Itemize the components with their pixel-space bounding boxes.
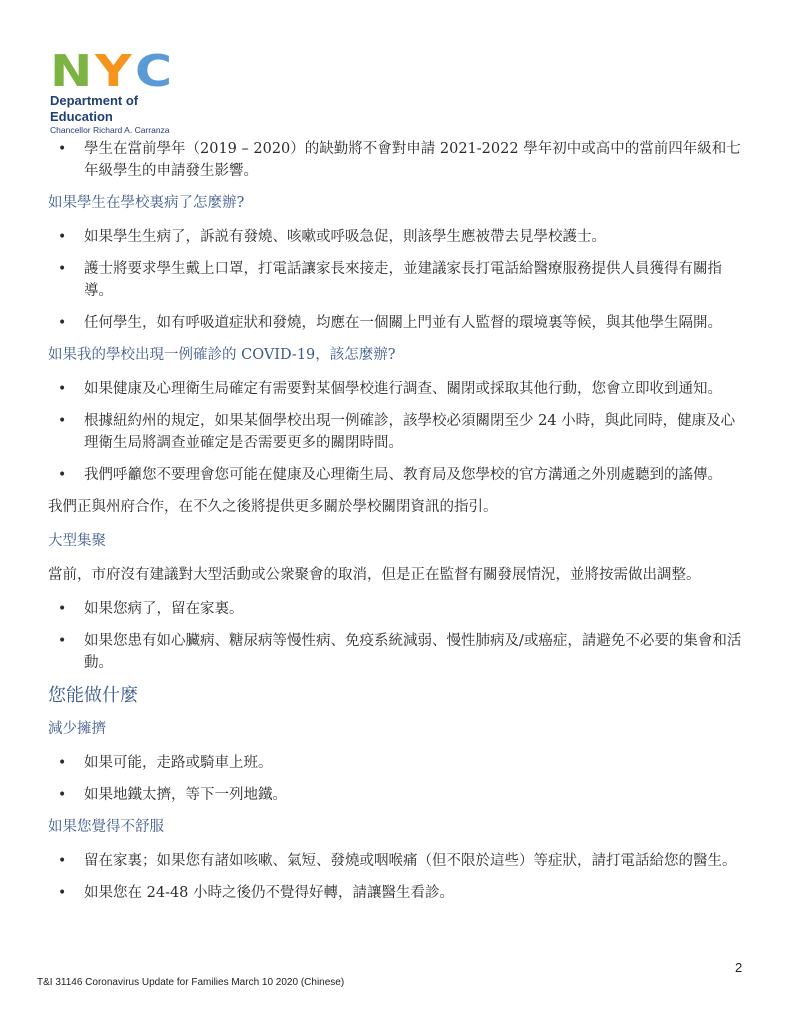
- paragraph: 我們正與州府合作，在不久之後將提供更多關於學校關閉資訊的指引。: [48, 496, 748, 518]
- logo-dept-line2: Education: [50, 110, 250, 124]
- logo-letter-c: C: [135, 52, 170, 92]
- section-heading-sick-at-school: 如果學生在學校裏病了怎麼辦?: [48, 192, 748, 214]
- list-item: 學生在當前學年（2019 – 2020）的缺勤將不會對申請 2021-2022 …: [48, 138, 748, 182]
- list-item: 根據紐約州的規定，如果某個學校出現一例確診，該學校必須關閉至少 24 小時，與此…: [48, 410, 748, 454]
- logo-letter-y: Y: [95, 52, 129, 92]
- list-item: 如果您病了，留在家裏。: [48, 598, 748, 620]
- list-item: 任何學生，如有呼吸道症狀和發燒，均應在一個關上門並有人監督的環境裏等候，與其他學…: [48, 312, 748, 334]
- section-heading-what-you-can-do: 您能做什麼: [48, 684, 748, 708]
- logo-letter-n: N: [50, 52, 90, 92]
- list-item: 如果可能，走路或騎車上班。: [48, 752, 748, 774]
- list-item: 如果健康及心理衛生局確定有需要對某個學校進行調查、關閉或採取其他行動，您會立即收…: [48, 378, 748, 400]
- footer-doc-id: T&I 31146 Coronavirus Update for Familie…: [37, 977, 344, 988]
- nyc-doe-logo: N Y C Department of Education Chancellor…: [50, 52, 250, 135]
- list-item: 留在家裏；如果您有諸如咳嗽、氣短、發燒或咽喉痛（但不限於這些）等症狀，請打電話給…: [48, 850, 748, 872]
- list-item: 如果您在 24-48 小時之後仍不覺得好轉，請讓醫生看診。: [48, 882, 748, 904]
- section-heading-large-gatherings: 大型集聚: [48, 530, 748, 552]
- subheading-feeling-unwell: 如果您覺得不舒服: [48, 816, 748, 838]
- subheading-reduce-crowding: 減少擁擠: [48, 718, 748, 740]
- paragraph: 當前，市府沒有建議對大型活動或公衆聚會的取消，但是正在監督有關發展情況，並將按需…: [48, 564, 748, 586]
- list-item: 護士將要求學生戴上口罩，打電話讓家長來接走，並建議家長打電話給醫療服務提供人員獲…: [48, 258, 748, 302]
- list-item: 如果學生生病了，訴説有發燒、咳嗽或呼吸急促，則該學生應被帶去見學校護士。: [48, 226, 748, 248]
- nyc-wordmark: N Y C: [50, 52, 250, 92]
- list-item: 如果您患有如心臟病、糖尿病等慢性病、免疫系統減弱、慢性肺病及/或癌症，請避免不必…: [48, 630, 748, 674]
- page-number: 2: [735, 960, 742, 975]
- logo-chancellor: Chancellor Richard A. Carranza: [50, 125, 250, 135]
- list-item: 我們呼籲您不要理會您可能在健康及心理衛生局、教育局及您學校的官方溝通之外別處聽到…: [48, 464, 748, 486]
- list-item: 如果地鐵太擠，等下一列地鐵。: [48, 784, 748, 806]
- document-body: 學生在當前學年（2019 – 2020）的缺勤將不會對申請 2021-2022 …: [48, 138, 748, 914]
- section-heading-confirmed-case: 如果我的學校出現一例確診的 COVID-19，該怎麼辦?: [48, 344, 748, 366]
